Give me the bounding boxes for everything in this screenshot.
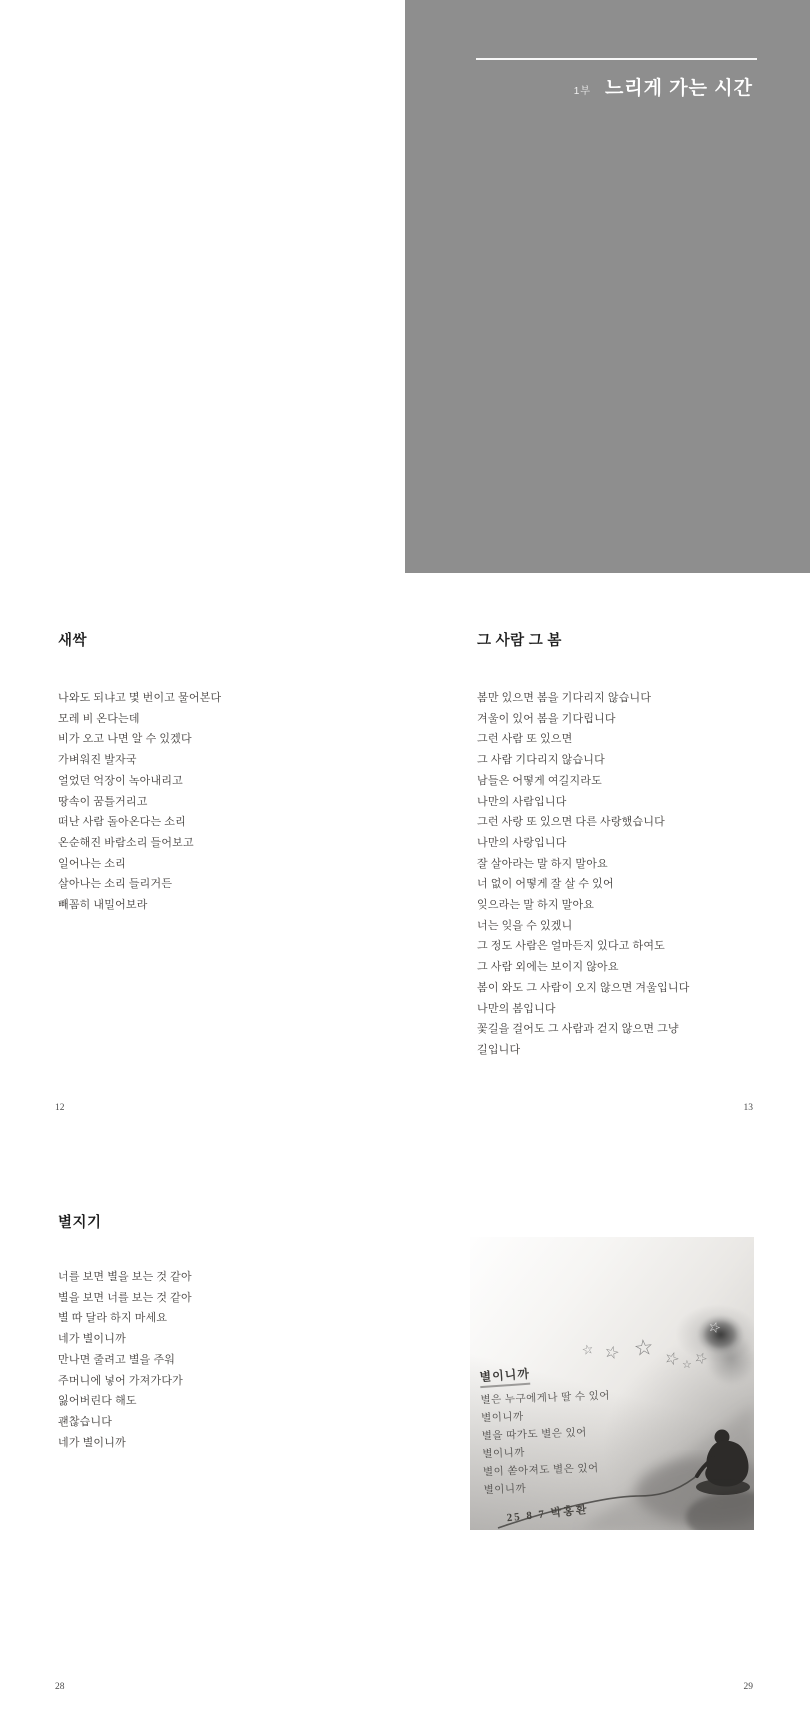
- poem-line: 그런 사랑 또 있으면 다른 사랑했습니다: [477, 812, 690, 833]
- poem-line: 꽃길을 걸어도 그 사람과 걷지 않으면 그냥: [477, 1019, 690, 1040]
- poem-line: 네가 별이니까: [58, 1329, 192, 1350]
- poem-line: 잘 살아라는 말 하지 말아요: [477, 854, 690, 875]
- poem-line: 온순해진 바람소리 들어보고: [58, 833, 221, 854]
- section-title: 느리게 가는 시간: [605, 73, 753, 100]
- poem-line: 너를 보면 별을 보는 것 같아: [58, 1267, 192, 1288]
- divider-line: [476, 58, 757, 60]
- poem-line: 너 없이 어떻게 잘 살 수 있어: [477, 874, 690, 895]
- section-caption: 1부 느리게 가는 시간: [574, 73, 753, 100]
- poem-body-that-person: 봄만 있으면 봄을 기다리지 않습니다겨울이 있어 봄을 기다립니다그런 사람 …: [477, 688, 690, 1061]
- poem-line: 나와도 되냐고 몇 번이고 물어본다: [58, 688, 221, 709]
- poem-line: 괜찮습니다: [58, 1412, 192, 1433]
- poem-line: 주머니에 넣어 가져가다가: [58, 1371, 192, 1392]
- poem-line: 별 따 달라 하지 마세요: [58, 1308, 192, 1329]
- poem-line: 남들은 어떻게 여길지라도: [477, 771, 690, 792]
- poem-line: 너는 잊을 수 있겠니: [477, 916, 690, 937]
- handwritten-calligraphy: 별이니까 별은 누구에게나 딸 수 있어별이니까별을 따가도 별은 있어별이니까…: [479, 1363, 614, 1523]
- poem-line: 잊으라는 말 하지 말아요: [477, 895, 690, 916]
- poem-line: 땅속이 꿈틀거리고: [58, 792, 221, 813]
- part-label: 1부: [574, 82, 591, 97]
- page-number-13: 13: [744, 1103, 754, 1113]
- poem-line: 그 사람 외에는 보이지 않아요: [477, 957, 690, 978]
- poem-line: 나만의 봄입니다: [477, 999, 690, 1020]
- page-number-12: 12: [55, 1103, 65, 1113]
- poem-illustration-photo: ☆ ☆ ☆ ☆ ☆ ☆ ☆ 별이니까 별은: [470, 1237, 754, 1530]
- poem-line: 잃어버린다 해도: [58, 1391, 192, 1412]
- poem-line: 별을 보면 너를 보는 것 같아: [58, 1288, 192, 1309]
- handwritten-title: 별이니까: [479, 1365, 531, 1388]
- poem-line: 떠난 사람 돌아온다는 소리: [58, 812, 221, 833]
- poem-line: 그런 사람 또 있으면: [477, 729, 690, 750]
- poem-line: 봄이 와도 그 사람이 오지 않으면 겨울입니다: [477, 978, 690, 999]
- poem-line: 만나면 줄려고 별을 주워: [58, 1350, 192, 1371]
- poem-line: 그 사람 기다리지 않습니다: [477, 750, 690, 771]
- handwritten-lines: 별은 누구에게나 딸 수 있어별이니까별을 따가도 별은 있어별이니까별이 쏟아…: [480, 1388, 613, 1500]
- seated-figure-base: [696, 1479, 750, 1495]
- page-number-28: 28: [55, 1682, 65, 1692]
- poem-line: 겨울이 있어 봄을 기다립니다: [477, 709, 690, 730]
- poem-line: 일어나는 소리: [58, 854, 221, 875]
- poem-title-that-person: 그 사람 그 봄: [477, 629, 562, 650]
- poem-title-byeoljigi: 별지기: [58, 1211, 102, 1232]
- poem-line: 나만의 사람입니다: [477, 792, 690, 813]
- section-divider-block: 1부 느리게 가는 시간: [405, 0, 810, 573]
- poem-line: 비가 오고 나면 알 수 있겠다: [58, 729, 221, 750]
- poem-line: 네가 별이니까: [58, 1433, 192, 1454]
- poem-body-byeoljigi: 너를 보면 별을 보는 것 같아별을 보면 너를 보는 것 같아별 따 달라 하…: [58, 1267, 192, 1453]
- page-number-29: 29: [744, 1682, 754, 1692]
- poem-line: 별이니까: [483, 1478, 613, 1501]
- poem-line: 길입니다: [477, 1040, 690, 1061]
- poem-line: 그 정도 사람은 얼마든지 있다고 하여도: [477, 936, 690, 957]
- poem-line: 모레 비 온다는데: [58, 709, 221, 730]
- poem-line: 나만의 사랑입니다: [477, 833, 690, 854]
- poem-line: 가벼워진 발자국: [58, 750, 221, 771]
- poem-line: 빼꼼히 내밀어보라: [58, 895, 221, 916]
- poem-title-saessak: 새싹: [58, 629, 87, 650]
- poem-line: 살아나는 소리 들리거든: [58, 874, 221, 895]
- poem-line: 봄만 있으면 봄을 기다리지 않습니다: [477, 688, 690, 709]
- book-spread-page: 1부 느리게 가는 시간 새싹 나와도 되냐고 몇 번이고 물어본다모레 비 온…: [0, 0, 810, 1723]
- poem-body-saessak: 나와도 되냐고 몇 번이고 물어본다모레 비 온다는데비가 오고 나면 알 수 …: [58, 688, 221, 916]
- poem-line: 얼었던 억장이 녹아내리고: [58, 771, 221, 792]
